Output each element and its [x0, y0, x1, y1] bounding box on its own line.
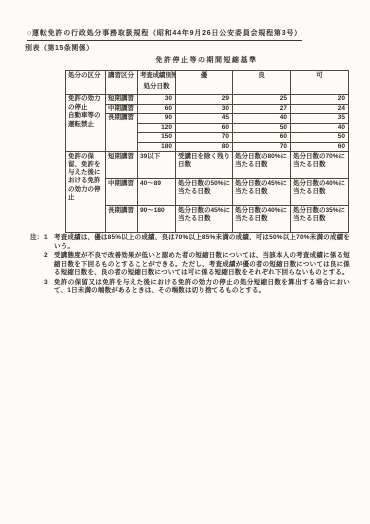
cell-days: 150: [138, 133, 176, 143]
note-text: 考査成績は、優は85%以上の成績、良は70%以上85%未満の成績、可は50%以上…: [54, 234, 350, 251]
cell-course: 長期講習: [106, 206, 138, 233]
header-course-category: 講習区分: [106, 71, 138, 95]
table-header-row: 処分の区分 講習区分 考査成績別短縮日数 処分日数 優 良 可: [66, 71, 349, 95]
cell-grade-b: 70: [233, 142, 291, 152]
regulation-title: ○運転免許の行政処分事務取扱規程（昭和44年9月26日公安委員会規程第3号）: [27, 28, 302, 41]
cell-category-suspension: 免許の効力の停止 自動車等の運転禁止: [66, 95, 106, 152]
table-row: 中期講習 60 30 27 24: [66, 104, 349, 114]
cell-category-withheld: 免許の保留、免許を与えた後における免許の効力の停止: [66, 152, 106, 233]
cell-grade-c: 20: [291, 95, 349, 105]
header-disposition-category: 処分の区分: [66, 71, 106, 95]
cell-days: 39以下: [138, 152, 176, 179]
appendix-label: 別表（第15条関係）: [25, 43, 94, 53]
note-item: 3 免許の保留又は免許を与えた後における免許の効力の停止の処分短縮日数を算出する…: [30, 279, 350, 296]
cell-grade-c: 24: [291, 104, 349, 114]
notes-section: 注： 1 考査成績は、優は85%以上の成績、良は70%以上85%未満の成績、可は…: [30, 234, 350, 297]
header-days-cell: 考査成績別短縮日数 処分日数: [138, 71, 176, 95]
cell-grade-c: 処分日数の70%に当たる日数: [291, 152, 349, 179]
header-grade-excellent: 優: [176, 71, 233, 95]
cell-days: 30: [138, 95, 176, 105]
cell-grade-b: 40: [233, 114, 291, 124]
table-row: 長期講習 90 45 40 35: [66, 114, 349, 124]
cell-grade-c: 処分日数の35%に当たる日数: [291, 206, 349, 233]
cell-grade-a: 受講日を除く残り日数: [176, 152, 233, 179]
header-grade-good: 良: [233, 71, 291, 95]
cell-course: 中期講習: [106, 179, 138, 206]
cell-grade-c: 35: [291, 114, 349, 124]
cell-grade-b: 60: [233, 133, 291, 143]
document-page: ○運転免許の行政処分事務取扱規程（昭和44年9月26日公安委員会規程第3号） 別…: [0, 0, 370, 524]
header-disposition-days: 処分日数: [140, 83, 173, 91]
note-number: 1: [44, 234, 54, 251]
cell-grade-b: 処分日数の45%に当たる日数: [233, 179, 291, 206]
table-row: 長期講習 90～180 処分日数の45%に当たる日数 処分日数の40%に当たる日…: [66, 206, 349, 233]
cell-grade-a: 60: [176, 123, 233, 133]
cell-days: 180: [138, 142, 176, 152]
table-title: 免許停止等の期間短縮基準: [65, 55, 348, 65]
cell-grade-a: 45: [176, 114, 233, 124]
cell-grade-a: 70: [176, 133, 233, 143]
cell-grade-c: 処分日数の40%に当たる日数: [291, 179, 349, 206]
cell-grade-b: 25: [233, 95, 291, 105]
cell-grade-a: 80: [176, 142, 233, 152]
cell-days: 60: [138, 104, 176, 114]
note-text: 受講態度が不良で改善効果が低いと認めた者の短縮日数については、当該本人の考査成績…: [54, 252, 350, 278]
cell-grade-c: 50: [291, 133, 349, 143]
cell-grade-b: 27: [233, 104, 291, 114]
table-row: 免許の効力の停止 自動車等の運転禁止 短期講習 30 29 25 20: [66, 95, 349, 105]
note-number: 2: [44, 252, 54, 278]
cell-grade-a: 30: [176, 104, 233, 114]
cell-grade-c: 40: [291, 123, 349, 133]
note-label: 注：: [30, 234, 44, 251]
note-item: 2 受講態度が不良で改善効果が低いと認めた者の短縮日数については、当該本人の考査…: [30, 252, 350, 278]
cell-days: 40～89: [138, 179, 176, 206]
cell-grade-a: 29: [176, 95, 233, 105]
cell-grade-b: 50: [233, 123, 291, 133]
cell-days: 90: [138, 114, 176, 124]
table-row: 中期講習 40～89 処分日数の50%に当たる日数 処分日数の45%に当たる日数…: [66, 179, 349, 206]
cell-grade-c: 60: [291, 142, 349, 152]
cell-course: 短期講習: [106, 95, 138, 105]
header-grade-banner: 考査成績別短縮日数: [140, 72, 173, 80]
cell-course: 中期講習: [106, 104, 138, 114]
note-label: [30, 252, 44, 278]
cell-grade-a: 処分日数の45%に当たる日数: [176, 206, 233, 233]
table-row: 免許の保留、免許を与えた後における免許の効力の停止 短期講習 39以下 受講日を…: [66, 152, 349, 179]
note-number: 3: [44, 279, 54, 296]
cell-days: 90～180: [138, 206, 176, 233]
cell-course: 短期講習: [106, 152, 138, 179]
cell-days: 120: [138, 123, 176, 133]
cell-grade-a: 処分日数の50%に当たる日数: [176, 179, 233, 206]
cell-grade-b: 処分日数の40%に当たる日数: [233, 206, 291, 233]
header-grade-fair: 可: [291, 71, 349, 95]
note-text: 免許の保留又は免許を与えた後における免許の効力の停止の処分短縮日数を算出する場合…: [54, 279, 350, 296]
note-label: [30, 279, 44, 296]
cell-grade-b: 処分日数の80%に当たる日数: [233, 152, 291, 179]
shortening-standards-table: 処分の区分 講習区分 考査成績別短縮日数 処分日数 優 良 可 免許の効力の停止…: [65, 70, 349, 233]
note-item: 注： 1 考査成績は、優は85%以上の成績、良は70%以上85%未満の成績、可は…: [30, 234, 350, 251]
cell-course-long: 長期講習: [106, 114, 138, 152]
